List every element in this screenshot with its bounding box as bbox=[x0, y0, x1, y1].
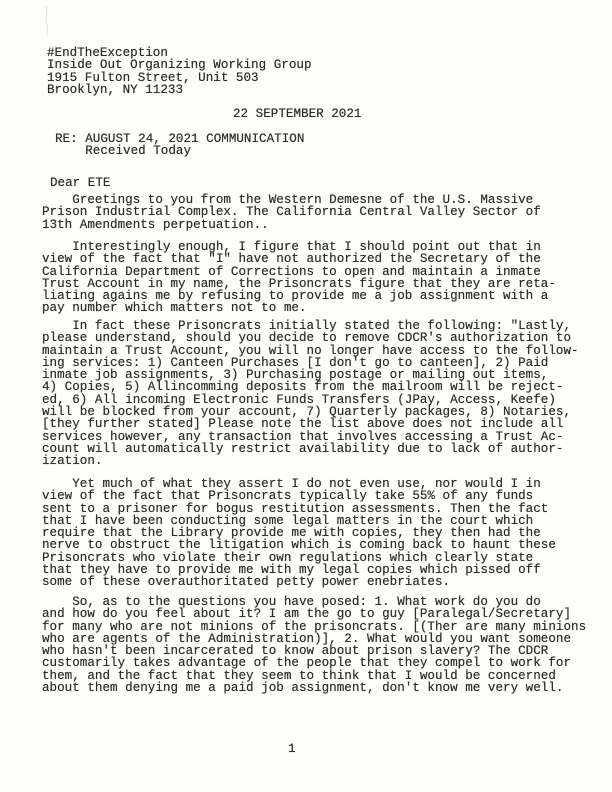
paragraph-trust-account: Interestingly enough, I figure that I sh… bbox=[42, 241, 556, 315]
sender-organization: Inside Out Organizing Working Group bbox=[47, 59, 312, 71]
re-subject-block: RE: AUGUST 24, 2021 COMMUNICATION Receiv… bbox=[55, 133, 304, 158]
sender-block: #EndTheException Inside Out Organizing W… bbox=[47, 47, 312, 96]
paragraph-restitution: Yet much of what they assert I do not ev… bbox=[42, 478, 556, 589]
letter-page: #EndTheException Inside Out Organizing W… bbox=[0, 0, 612, 792]
re-received-line: Received Today bbox=[55, 145, 304, 157]
sender-city-state-zip: Brooklyn, NY 11233 bbox=[47, 84, 312, 96]
page-number: 1 bbox=[288, 743, 296, 755]
salutation: Dear ETE bbox=[50, 177, 110, 189]
paragraph-questions: So, as to the questions you have posed: … bbox=[42, 596, 586, 694]
scan-artifact-mark bbox=[40, 4, 70, 38]
paragraph-services-list: In fact these Prisoncrats initially stat… bbox=[42, 320, 579, 468]
paragraph-greeting: Greetings to you from the Western Demesn… bbox=[42, 194, 541, 231]
letter-date: 22 SEPTEMBER 2021 bbox=[233, 108, 361, 120]
